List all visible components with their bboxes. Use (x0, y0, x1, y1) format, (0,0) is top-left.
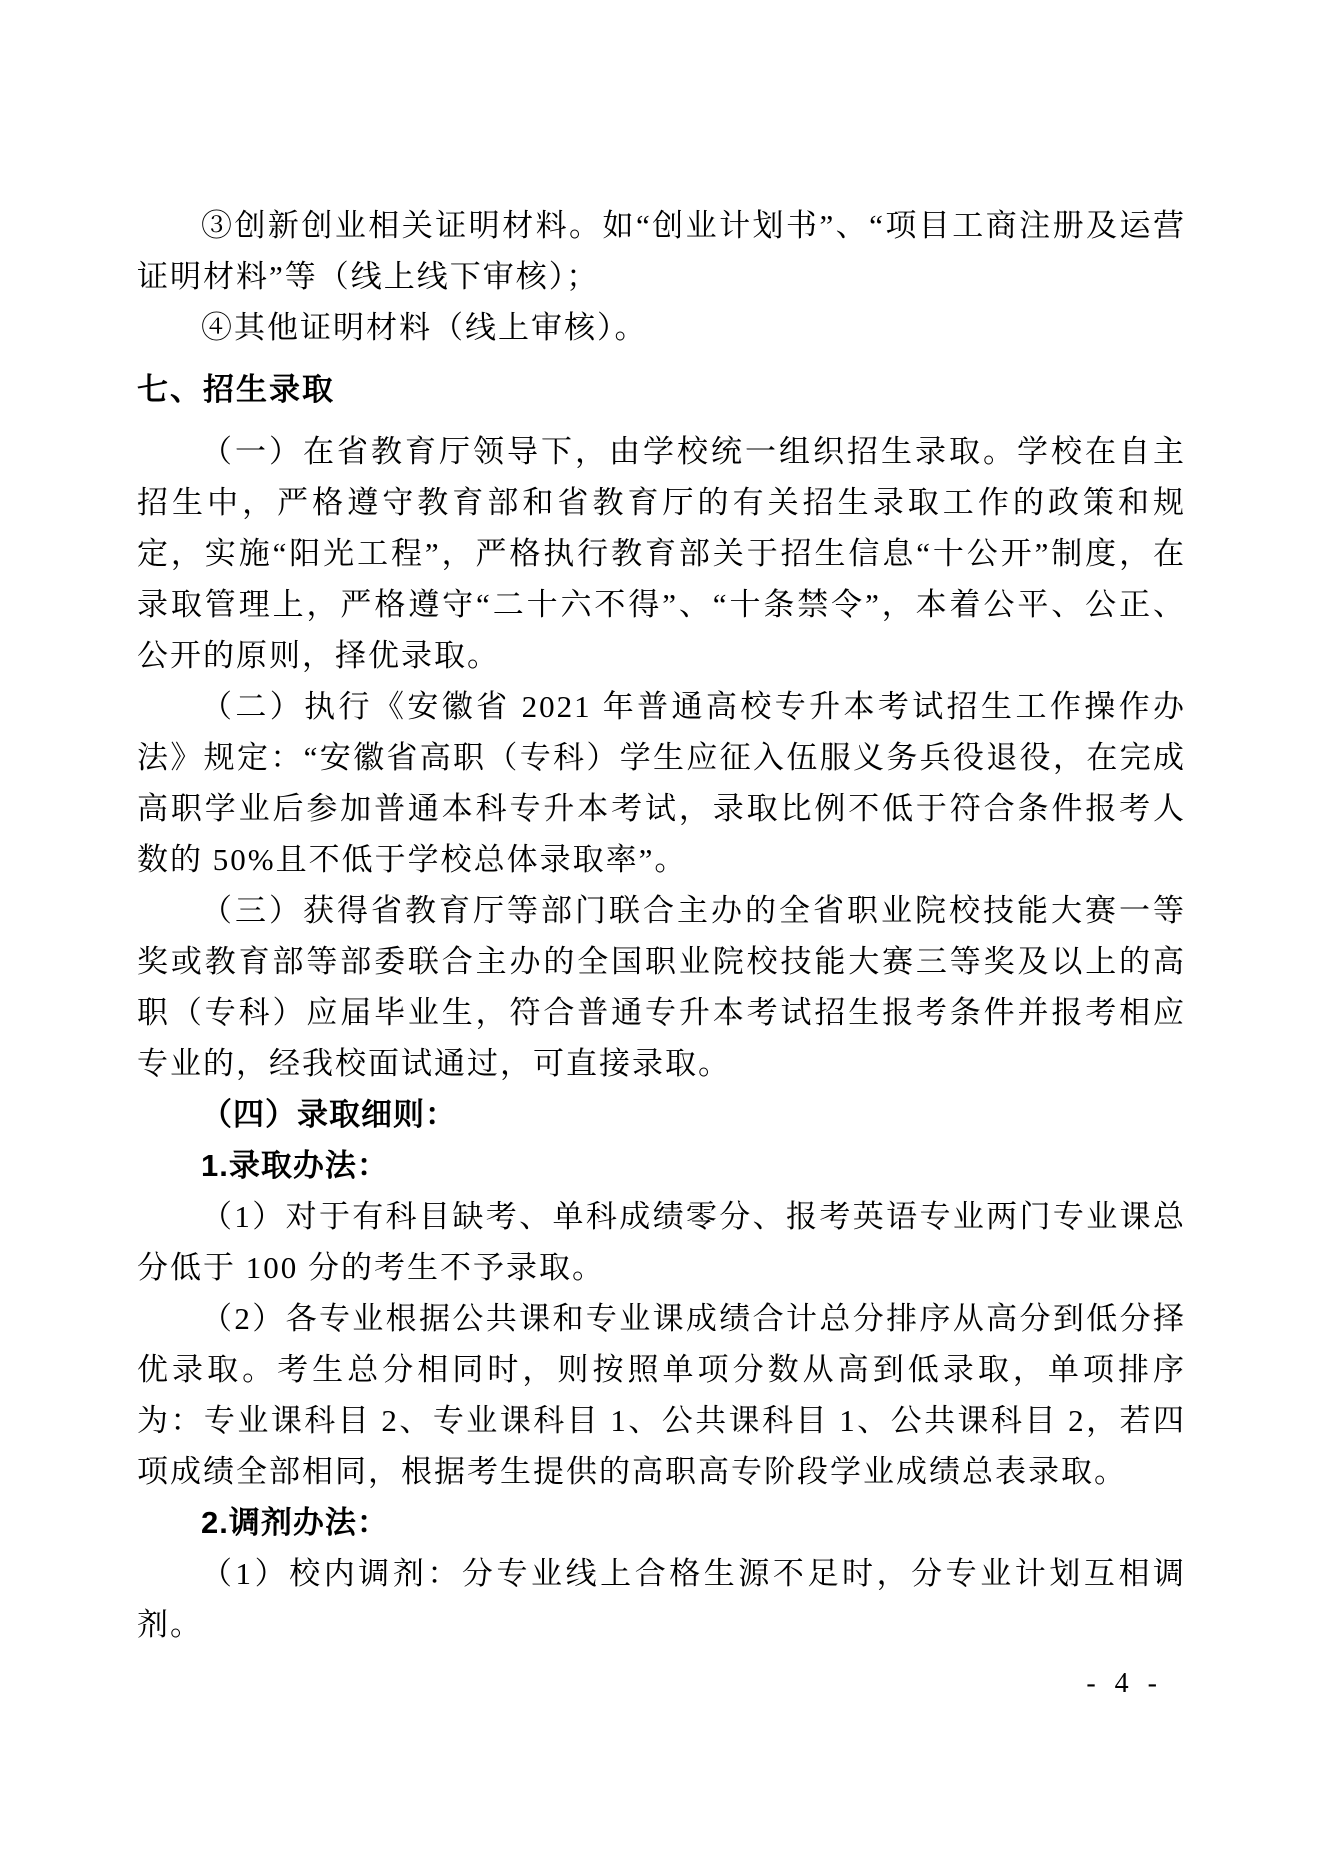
paragraph-item3-innovation-materials: ③创新创业相关证明材料。如“创业计划书”、“项目工商注册及运营证明材料”等（线上… (137, 200, 1186, 302)
subheading-adjustment-method: 2.调剂办法： (137, 1497, 1186, 1548)
paragraph-2-anhui-2021-policy: （二）执行《安徽省 2021 年普通高校专升本考试招生工作操作办法》规定：“安徽… (137, 681, 1186, 885)
subheading-admission-method: 1.录取办法： (137, 1140, 1186, 1191)
page-number: - 4 - (1086, 1668, 1163, 1700)
paragraph-admission-method-2: （2）各专业根据公共课和专业课成绩合计总分排序从高分到低分择优录取。考生总分相同… (137, 1293, 1186, 1497)
subheading-4-admission-rules: （四）录取细则： (137, 1089, 1186, 1140)
section-heading-admissions: 七、招生录取 (137, 364, 1186, 415)
paragraph-adjustment-method-1: （1）校内调剂：分专业线上合格生源不足时，分专业计划互相调剂。 (137, 1548, 1186, 1650)
paragraph-1-provincial-leadership: （一）在省教育厅领导下，由学校统一组织招生录取。学校在自主招生中，严格遵守教育部… (137, 426, 1186, 681)
document-content: ③创新创业相关证明材料。如“创业计划书”、“项目工商注册及运营证明材料”等（线上… (137, 200, 1186, 1650)
paragraph-item4-other-materials: ④其他证明材料（线上审核）。 (137, 302, 1186, 353)
paragraph-3-skills-competition: （三）获得省教育厅等部门联合主办的全省职业院校技能大赛一等奖或教育部等部委联合主… (137, 885, 1186, 1089)
paragraph-admission-method-1: （1）对于有科目缺考、单科成绩零分、报考英语专业两门专业课总分低于 100 分的… (137, 1191, 1186, 1293)
document-page: ③创新创业相关证明材料。如“创业计划书”、“项目工商注册及运营证明材料”等（线上… (0, 0, 1323, 1871)
